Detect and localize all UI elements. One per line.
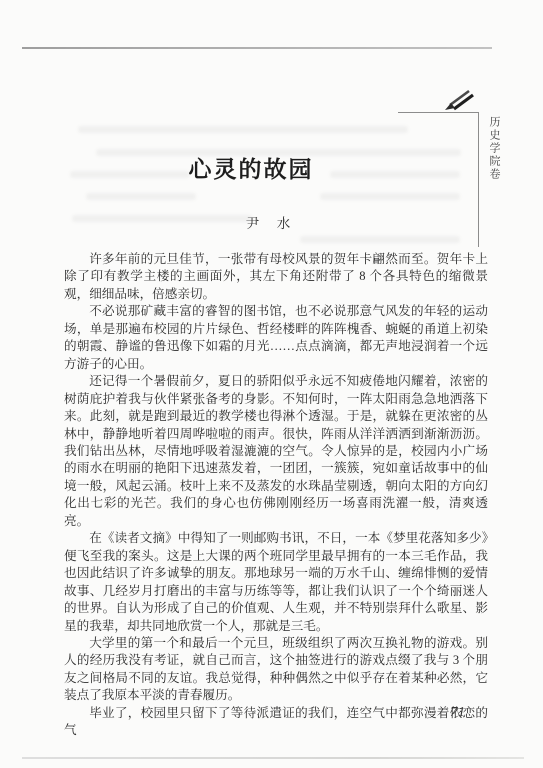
volume-tab-top-border bbox=[398, 112, 478, 113]
top-rule bbox=[22, 47, 492, 49]
paragraph-4: 在《读者文摘》中得知了一则邮购书讯，不日，一本《梦里花落知多少》便飞至我的案头。… bbox=[64, 530, 488, 635]
paragraph-6: 毕业了，校园里只留下了等待派遣证的我们，连空气中都弥漫着依恋的气 bbox=[64, 705, 488, 740]
paragraph-1: 许多年前的元旦佳节，一张带有母校风景的贺年卡翩然而至。贺年卡上除了印有教学主楼的… bbox=[64, 251, 488, 303]
page-bottom-edge bbox=[22, 757, 524, 759]
bleed-through bbox=[320, 193, 460, 200]
paragraph-3: 还记得一个暑假前夕，夏日的骄阳似乎永远不知疲倦地闪耀着，浓密的树荫庇护着我与伙伴… bbox=[64, 373, 488, 530]
page-number: 71 bbox=[450, 705, 466, 721]
article-body: 许多年前的元旦佳节，一张带有母校风景的贺年卡翩然而至。贺年卡上除了印有教学主楼的… bbox=[64, 251, 488, 740]
bleed-through bbox=[300, 236, 460, 243]
bleed-through bbox=[78, 126, 408, 133]
book-page: 历史学院卷 心灵的故园 尹 水 许多年前的元旦佳节，一张带有母校风景的贺年卡翩然… bbox=[0, 0, 543, 768]
article-author: 尹 水 bbox=[18, 212, 520, 232]
pencil-icon bbox=[443, 88, 475, 112]
article-title: 心灵的故园 bbox=[0, 157, 502, 184]
bleed-through bbox=[86, 193, 196, 200]
bleed-through bbox=[96, 149, 461, 156]
paragraph-5: 大学里的第一个和最后一个元旦，班级组织了两次互换礼物的游戏。别人的经历我没有考证… bbox=[64, 635, 488, 705]
paragraph-2: 不必说那矿藏丰富的睿智的图书馆，也不必说那意气风发的年轻的运动场，单是那遍布校园… bbox=[64, 303, 488, 373]
